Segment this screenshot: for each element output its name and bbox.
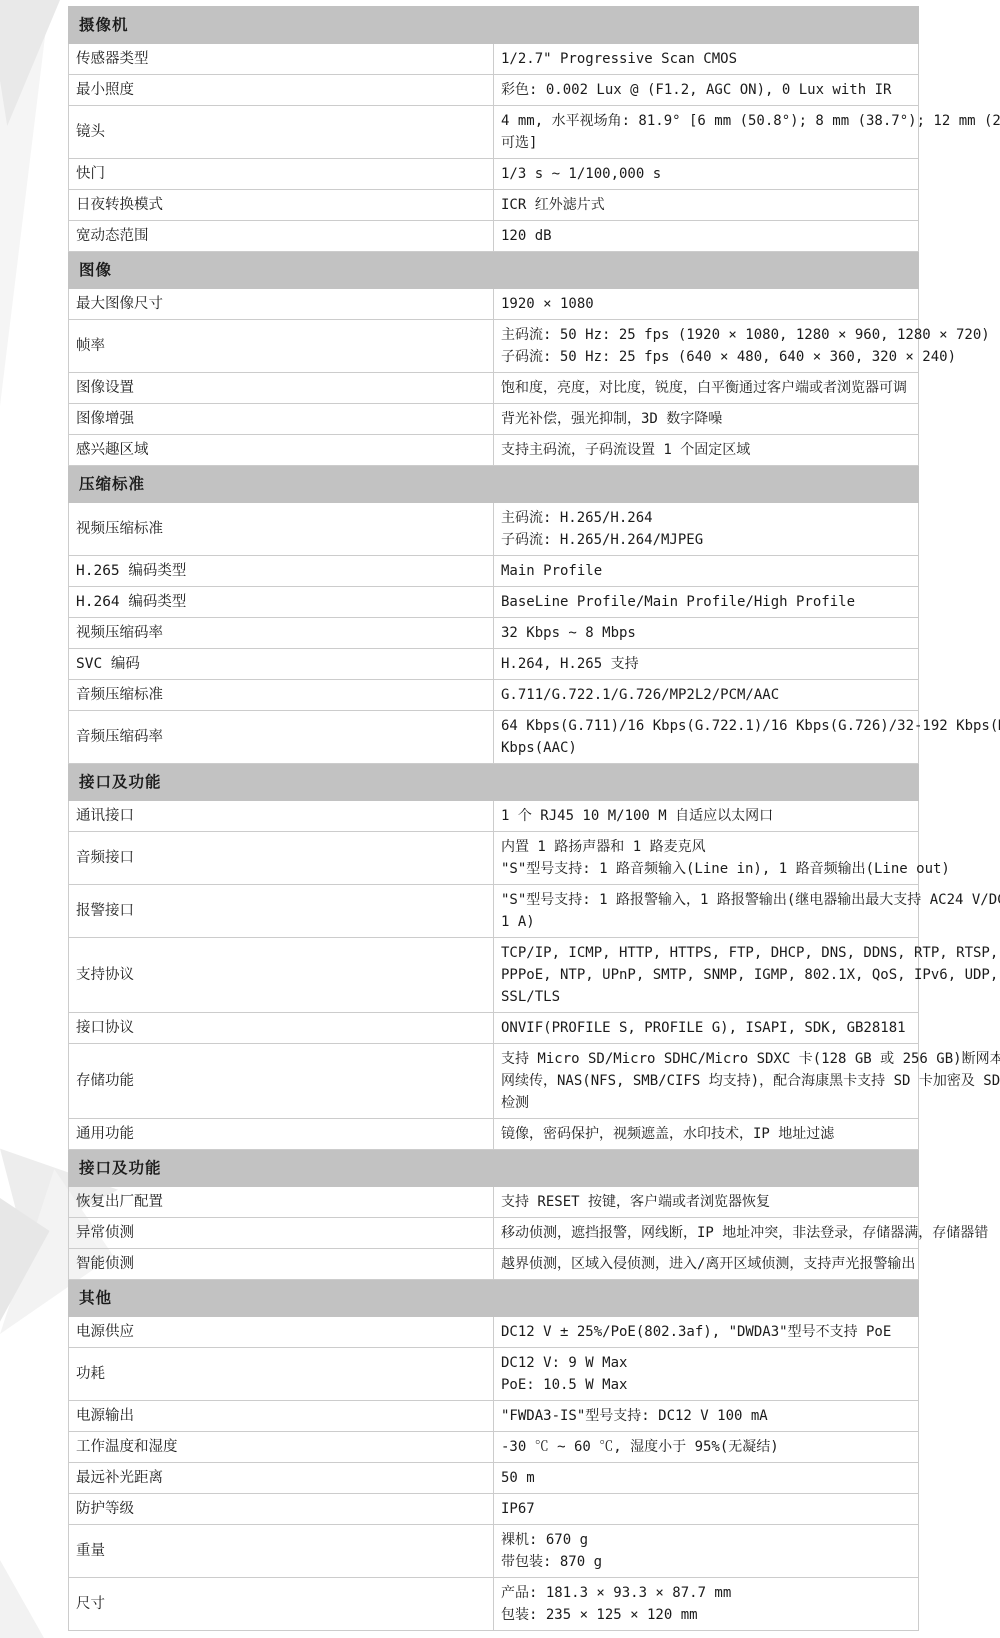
spec-value-cell: ICR 红外滤片式 — [494, 190, 919, 221]
spec-row: 智能侦测越界侦测，区域入侵侦测，进入/离开区域侦测，支持声光报警输出 — [69, 1249, 919, 1280]
spec-row: 报警接口"S"型号支持: 1 路报警输入，1 路报警输出(继电器输出最大支持 A… — [69, 885, 919, 938]
spec-value-cell: 饱和度，亮度，对比度，锐度，白平衡通过客户端或者浏览器可调 — [494, 373, 919, 404]
spec-value-cell: 越界侦测，区域入侵侦测，进入/离开区域侦测，支持声光报警输出 — [494, 1249, 919, 1280]
spec-label-cell: 图像增强 — [69, 404, 494, 435]
spec-row: 通讯接口1 个 RJ45 10 M/100 M 自适应以太网口 — [69, 801, 919, 832]
section-header-cell: 接口及功能 — [69, 764, 919, 801]
spec-value-cell: "S"型号支持: 1 路报警输入，1 路报警输出(继电器输出最大支持 AC24 … — [494, 885, 919, 938]
spec-row: 接口协议ONVIF(PROFILE S, PROFILE G), ISAPI, … — [69, 1013, 919, 1044]
spec-label-cell: 通用功能 — [69, 1119, 494, 1150]
spec-value-line: G.711/G.722.1/G.726/MP2L2/PCM/AAC — [494, 684, 918, 706]
spec-label-cell: 接口协议 — [69, 1013, 494, 1044]
section-header-cell: 图像 — [69, 252, 919, 289]
section-header-cell: 其他 — [69, 1280, 919, 1317]
spec-value-cell: 50 m — [494, 1463, 919, 1494]
spec-row: 音频压缩码率64 Kbps(G.711)/16 Kbps(G.722.1)/16… — [69, 711, 919, 764]
spec-label-cell: 传感器类型 — [69, 44, 494, 75]
spec-label: 帧率 — [76, 338, 105, 354]
spec-row: 镜头4 mm, 水平视场角: 81.9° [6 mm (50.8°); 8 mm… — [69, 106, 919, 159]
spec-value-line: 4 mm, 水平视场角: 81.9° [6 mm (50.8°); 8 mm (… — [494, 110, 918, 132]
spec-label-cell: 视频压缩标准 — [69, 503, 494, 556]
spec-row: 图像增强背光补偿，强光抑制，3D 数字降噪 — [69, 404, 919, 435]
spec-value-line: -30 ℃ ~ 60 ℃, 湿度小于 95%(无凝结) — [494, 1436, 918, 1458]
spec-row: 快门1/3 s ~ 1/100,000 s — [69, 159, 919, 190]
spec-value-line: 1/3 s ~ 1/100,000 s — [494, 163, 918, 185]
spec-value-line: SSL/TLS — [494, 986, 918, 1008]
spec-label: 音频压缩码率 — [76, 729, 163, 745]
spec-label: SVC 编码 — [76, 656, 140, 672]
spec-value-line: 50 m — [494, 1467, 918, 1489]
watermark-triangle-bottom — [0, 1560, 44, 1638]
spec-value-cell: 内置 1 路扬声器和 1 路麦克风"S"型号支持: 1 路音频输入(Line i… — [494, 832, 919, 885]
spec-label: 存储功能 — [76, 1073, 134, 1089]
spec-label-cell: 电源供应 — [69, 1317, 494, 1348]
spec-row: 恢复出厂配置支持 RESET 按键，客户端或者浏览器恢复 — [69, 1187, 919, 1218]
section-header-row: 接口及功能 — [69, 764, 919, 801]
spec-value-cell: 支持 Micro SD/Micro SDHC/Micro SDXC 卡(128 … — [494, 1044, 919, 1119]
spec-value-line: 子码流: H.265/H.264/MJPEG — [494, 529, 918, 551]
spec-value-line: 子码流: 50 Hz: 25 fps (640 × 480, 640 × 360… — [494, 346, 918, 368]
section-title: 摄像机 — [79, 16, 129, 34]
spec-value-line: 支持 Micro SD/Micro SDHC/Micro SDXC 卡(128 … — [494, 1048, 918, 1070]
spec-value-line: ONVIF(PROFILE S, PROFILE G), ISAPI, SDK,… — [494, 1017, 918, 1039]
spec-value-line: 检测 — [494, 1092, 918, 1114]
spec-value-cell: BaseLine Profile/Main Profile/High Profi… — [494, 587, 919, 618]
spec-row: 重量裸机: 670 g带包装: 870 g — [69, 1525, 919, 1578]
spec-label: 最远补光距离 — [76, 1470, 163, 1486]
spec-value-line: 可选] — [494, 132, 918, 154]
section-title: 其他 — [79, 1289, 112, 1307]
spec-row: 视频压缩标准主码流: H.265/H.264子码流: H.265/H.264/M… — [69, 503, 919, 556]
spec-value-line: "S"型号支持: 1 路音频输入(Line in), 1 路音频输出(Line … — [494, 858, 918, 880]
spec-label-cell: 通讯接口 — [69, 801, 494, 832]
spec-row: 图像设置饱和度，亮度，对比度，锐度，白平衡通过客户端或者浏览器可调 — [69, 373, 919, 404]
spec-label-cell: 智能侦测 — [69, 1249, 494, 1280]
spec-value-cell: "FWDA3-IS"型号支持: DC12 V 100 mA — [494, 1401, 919, 1432]
spec-value-cell: 1920 × 1080 — [494, 289, 919, 320]
spec-label-cell: 恢复出厂配置 — [69, 1187, 494, 1218]
spec-label: 音频压缩标准 — [76, 687, 163, 703]
spec-label-cell: 尺寸 — [69, 1578, 494, 1631]
spec-value-line: 镜像，密码保护，视频遮盖，水印技术，IP 地址过滤 — [494, 1123, 918, 1145]
spec-label: 图像设置 — [76, 380, 134, 396]
spec-value-cell: TCP/IP, ICMP, HTTP, HTTPS, FTP, DHCP, DN… — [494, 938, 919, 1013]
spec-value-cell: 32 Kbps ~ 8 Mbps — [494, 618, 919, 649]
spec-row: 尺寸产品: 181.3 × 93.3 × 87.7 mm包装: 235 × 12… — [69, 1578, 919, 1631]
spec-value-line: 主码流: 50 Hz: 25 fps (1920 × 1080, 1280 × … — [494, 324, 918, 346]
spec-value-cell: DC12 V ± 25%/PoE(802.3af), "DWDA3"型号不支持 … — [494, 1317, 919, 1348]
spec-value-line: PPPoE, NTP, UPnP, SMTP, SNMP, IGMP, 802.… — [494, 964, 918, 986]
spec-value-line: 1 A) — [494, 911, 918, 933]
spec-value-cell: IP67 — [494, 1494, 919, 1525]
spec-value-line: Main Profile — [494, 560, 918, 582]
spec-label: 传感器类型 — [76, 51, 149, 67]
spec-row: 最大图像尺寸1920 × 1080 — [69, 289, 919, 320]
spec-value-cell: Main Profile — [494, 556, 919, 587]
section-title: 接口及功能 — [79, 1159, 162, 1177]
spec-label: 报警接口 — [76, 903, 134, 919]
spec-row: 宽动态范围120 dB — [69, 221, 919, 252]
spec-row: 通用功能镜像，密码保护，视频遮盖，水印技术，IP 地址过滤 — [69, 1119, 919, 1150]
spec-label: 快门 — [76, 166, 105, 182]
spec-value-line: 内置 1 路扬声器和 1 路麦克风 — [494, 836, 918, 858]
spec-value-cell: G.711/G.722.1/G.726/MP2L2/PCM/AAC — [494, 680, 919, 711]
spec-label: 接口协议 — [76, 1020, 134, 1036]
spec-value-line: 1 个 RJ45 10 M/100 M 自适应以太网口 — [494, 805, 918, 827]
spec-label-cell: 感兴趣区域 — [69, 435, 494, 466]
spec-value-line: 主码流: H.265/H.264 — [494, 507, 918, 529]
spec-row: H.264 编码类型BaseLine Profile/Main Profile/… — [69, 587, 919, 618]
spec-value-cell: H.264, H.265 支持 — [494, 649, 919, 680]
spec-label: 视频压缩标准 — [76, 521, 163, 537]
spec-label: 宽动态范围 — [76, 228, 149, 244]
spec-value-line: 1/2.7" Progressive Scan CMOS — [494, 48, 918, 70]
spec-value-line: 饱和度，亮度，对比度，锐度，白平衡通过客户端或者浏览器可调 — [494, 377, 918, 399]
spec-label: 感兴趣区域 — [76, 442, 149, 458]
spec-label-cell: 镜头 — [69, 106, 494, 159]
spec-label: 视频压缩码率 — [76, 625, 163, 641]
spec-label: 重量 — [76, 1543, 105, 1559]
spec-label: 智能侦测 — [76, 1256, 134, 1272]
spec-row: 日夜转换模式ICR 红外滤片式 — [69, 190, 919, 221]
spec-value-line: "FWDA3-IS"型号支持: DC12 V 100 mA — [494, 1405, 918, 1427]
spec-value-line: 支持主码流，子码流设置 1 个固定区域 — [494, 439, 918, 461]
spec-label-cell: 工作温度和湿度 — [69, 1432, 494, 1463]
spec-label-cell: 最大图像尺寸 — [69, 289, 494, 320]
spec-value-line: BaseLine Profile/Main Profile/High Profi… — [494, 591, 918, 613]
spec-value-line: 移动侦测，遮挡报警，网线断，IP 地址冲突，非法登录，存储器满，存储器错 — [494, 1222, 918, 1244]
spec-value-line: DC12 V ± 25%/PoE(802.3af), "DWDA3"型号不支持 … — [494, 1321, 918, 1343]
spec-label-cell: 日夜转换模式 — [69, 190, 494, 221]
spec-label: H.264 编码类型 — [76, 594, 186, 610]
spec-label-cell: H.265 编码类型 — [69, 556, 494, 587]
spec-row: 功耗DC12 V: 9 W MaxPoE: 10.5 W Max — [69, 1348, 919, 1401]
spec-row: SVC 编码H.264, H.265 支持 — [69, 649, 919, 680]
spec-label-cell: 图像设置 — [69, 373, 494, 404]
spec-value-cell: 支持主码流，子码流设置 1 个固定区域 — [494, 435, 919, 466]
spec-label-cell: 防护等级 — [69, 1494, 494, 1525]
spec-value-line: 带包装: 870 g — [494, 1551, 918, 1573]
spec-row: 帧率主码流: 50 Hz: 25 fps (1920 × 1080, 1280 … — [69, 320, 919, 373]
spec-value-line: 背光补偿，强光抑制，3D 数字降噪 — [494, 408, 918, 430]
spec-label-cell: 存储功能 — [69, 1044, 494, 1119]
spec-label: 防护等级 — [76, 1501, 134, 1517]
section-title: 图像 — [79, 261, 112, 279]
spec-label-cell: 音频压缩标准 — [69, 680, 494, 711]
section-header-row: 图像 — [69, 252, 919, 289]
spec-label: 恢复出厂配置 — [76, 1194, 163, 1210]
spec-row: 最远补光距离50 m — [69, 1463, 919, 1494]
spec-label-cell: 最远补光距离 — [69, 1463, 494, 1494]
spec-label: 日夜转换模式 — [76, 197, 163, 213]
spec-value-cell: 1 个 RJ45 10 M/100 M 自适应以太网口 — [494, 801, 919, 832]
spec-value-cell: 彩色: 0.002 Lux @ (F1.2, AGC ON), 0 Lux wi… — [494, 75, 919, 106]
spec-value-cell: ONVIF(PROFILE S, PROFILE G), ISAPI, SDK,… — [494, 1013, 919, 1044]
spec-label: 镜头 — [76, 124, 105, 140]
spec-value-line: TCP/IP, ICMP, HTTP, HTTPS, FTP, DHCP, DN… — [494, 942, 918, 964]
spec-value-line: 支持 RESET 按键，客户端或者浏览器恢复 — [494, 1191, 918, 1213]
spec-row: 防护等级IP67 — [69, 1494, 919, 1525]
spec-value-line: PoE: 10.5 W Max — [494, 1374, 918, 1396]
spec-value-line: H.264, H.265 支持 — [494, 653, 918, 675]
spec-value-line: 产品: 181.3 × 93.3 × 87.7 mm — [494, 1582, 918, 1604]
spec-value-cell: 1/3 s ~ 1/100,000 s — [494, 159, 919, 190]
spec-label-cell: SVC 编码 — [69, 649, 494, 680]
spec-label: 尺寸 — [76, 1596, 105, 1612]
spec-value-cell: 主码流: H.265/H.264子码流: H.265/H.264/MJPEG — [494, 503, 919, 556]
spec-label-cell: 功耗 — [69, 1348, 494, 1401]
spec-label: 支持协议 — [76, 967, 134, 983]
spec-value-line: 64 Kbps(G.711)/16 Kbps(G.722.1)/16 Kbps(… — [494, 715, 918, 737]
spec-label: 工作温度和湿度 — [76, 1439, 178, 1455]
spec-value-line: Kbps(AAC) — [494, 737, 918, 759]
spec-label-cell: 视频压缩码率 — [69, 618, 494, 649]
section-header-row: 接口及功能 — [69, 1150, 919, 1187]
spec-label: 通用功能 — [76, 1126, 134, 1142]
spec-row: 工作温度和湿度-30 ℃ ~ 60 ℃, 湿度小于 95%(无凝结) — [69, 1432, 919, 1463]
spec-row: 传感器类型1/2.7" Progressive Scan CMOS — [69, 44, 919, 75]
spec-label: 异常侦测 — [76, 1225, 134, 1241]
spec-row: 存储功能支持 Micro SD/Micro SDHC/Micro SDXC 卡(… — [69, 1044, 919, 1119]
spec-row: 音频压缩标准G.711/G.722.1/G.726/MP2L2/PCM/AAC — [69, 680, 919, 711]
section-header-row: 压缩标准 — [69, 466, 919, 503]
spec-label-cell: 重量 — [69, 1525, 494, 1578]
spec-value-cell: 产品: 181.3 × 93.3 × 87.7 mm包装: 235 × 125 … — [494, 1578, 919, 1631]
spec-value-line: ICR 红外滤片式 — [494, 194, 918, 216]
spec-label-cell: 音频接口 — [69, 832, 494, 885]
watermark-triangle-streak — [0, 4, 48, 406]
section-title: 接口及功能 — [79, 773, 162, 791]
spec-value-line: 包装: 235 × 125 × 120 mm — [494, 1604, 918, 1626]
spec-value-cell: 1/2.7" Progressive Scan CMOS — [494, 44, 919, 75]
spec-value-cell: 120 dB — [494, 221, 919, 252]
spec-value-cell: DC12 V: 9 W MaxPoE: 10.5 W Max — [494, 1348, 919, 1401]
spec-value-cell: 背光补偿，强光抑制，3D 数字降噪 — [494, 404, 919, 435]
spec-label-cell: 音频压缩码率 — [69, 711, 494, 764]
spec-row: 支持协议TCP/IP, ICMP, HTTP, HTTPS, FTP, DHCP… — [69, 938, 919, 1013]
spec-label: H.265 编码类型 — [76, 563, 186, 579]
spec-label: 功耗 — [76, 1366, 105, 1382]
spec-value-cell: 主码流: 50 Hz: 25 fps (1920 × 1080, 1280 × … — [494, 320, 919, 373]
spec-value-cell: 支持 RESET 按键，客户端或者浏览器恢复 — [494, 1187, 919, 1218]
spec-label: 音频接口 — [76, 850, 134, 866]
spec-label: 最小照度 — [76, 82, 134, 98]
spec-value-cell: 裸机: 670 g带包装: 870 g — [494, 1525, 919, 1578]
spec-row: H.265 编码类型Main Profile — [69, 556, 919, 587]
spec-value-cell: 移动侦测，遮挡报警，网线断，IP 地址冲突，非法登录，存储器满，存储器错 — [494, 1218, 919, 1249]
spec-value-cell: -30 ℃ ~ 60 ℃, 湿度小于 95%(无凝结) — [494, 1432, 919, 1463]
spec-label-cell: 电源输出 — [69, 1401, 494, 1432]
spec-label: 最大图像尺寸 — [76, 296, 163, 312]
spec-label: 图像增强 — [76, 411, 134, 427]
spec-value-line: 越界侦测，区域入侵侦测，进入/离开区域侦测，支持声光报警输出 — [494, 1253, 918, 1275]
watermark-triangle-top — [0, 0, 60, 126]
spec-label-cell: H.264 编码类型 — [69, 587, 494, 618]
spec-value-cell: 镜像，密码保护，视频遮盖，水印技术，IP 地址过滤 — [494, 1119, 919, 1150]
spec-value-cell: 4 mm, 水平视场角: 81.9° [6 mm (50.8°); 8 mm (… — [494, 106, 919, 159]
spec-label-cell: 宽动态范围 — [69, 221, 494, 252]
section-header-cell: 接口及功能 — [69, 1150, 919, 1187]
spec-label: 通讯接口 — [76, 808, 134, 824]
spec-value-line: DC12 V: 9 W Max — [494, 1352, 918, 1374]
spec-table-body: 摄像机传感器类型1/2.7" Progressive Scan CMOS最小照度… — [69, 7, 919, 1631]
section-header-row: 摄像机 — [69, 7, 919, 44]
spec-value-line: 1920 × 1080 — [494, 293, 918, 315]
spec-row: 音频接口内置 1 路扬声器和 1 路麦克风"S"型号支持: 1 路音频输入(Li… — [69, 832, 919, 885]
spec-label-cell: 最小照度 — [69, 75, 494, 106]
spec-value-line: 裸机: 670 g — [494, 1529, 918, 1551]
spec-value-line: 彩色: 0.002 Lux @ (F1.2, AGC ON), 0 Lux wi… — [494, 79, 918, 101]
spec-label-cell: 异常侦测 — [69, 1218, 494, 1249]
spec-row: 视频压缩码率32 Kbps ~ 8 Mbps — [69, 618, 919, 649]
spec-label-cell: 帧率 — [69, 320, 494, 373]
spec-row: 电源输出"FWDA3-IS"型号支持: DC12 V 100 mA — [69, 1401, 919, 1432]
spec-value-line: 32 Kbps ~ 8 Mbps — [494, 622, 918, 644]
spec-value-cell: 64 Kbps(G.711)/16 Kbps(G.722.1)/16 Kbps(… — [494, 711, 919, 764]
spec-label-cell: 支持协议 — [69, 938, 494, 1013]
spec-label: 电源供应 — [76, 1324, 134, 1340]
section-header-cell: 摄像机 — [69, 7, 919, 44]
section-header-row: 其他 — [69, 1280, 919, 1317]
spec-row: 电源供应DC12 V ± 25%/PoE(802.3af), "DWDA3"型号… — [69, 1317, 919, 1348]
spec-value-line: 网续传，NAS(NFS, SMB/CIFS 均支持)，配合海康黑卡支持 SD 卡… — [494, 1070, 918, 1092]
spec-label-cell: 快门 — [69, 159, 494, 190]
spec-row: 异常侦测移动侦测，遮挡报警，网线断，IP 地址冲突，非法登录，存储器满，存储器错 — [69, 1218, 919, 1249]
spec-label-cell: 报警接口 — [69, 885, 494, 938]
spec-table: 摄像机传感器类型1/2.7" Progressive Scan CMOS最小照度… — [68, 6, 919, 1631]
spec-row: 最小照度彩色: 0.002 Lux @ (F1.2, AGC ON), 0 Lu… — [69, 75, 919, 106]
spec-row: 感兴趣区域支持主码流，子码流设置 1 个固定区域 — [69, 435, 919, 466]
section-title: 压缩标准 — [79, 475, 145, 493]
section-header-cell: 压缩标准 — [69, 466, 919, 503]
spec-value-line: "S"型号支持: 1 路报警输入，1 路报警输出(继电器输出最大支持 AC24 … — [494, 889, 918, 911]
spec-value-line: 120 dB — [494, 225, 918, 247]
spec-value-line: IP67 — [494, 1498, 918, 1520]
spec-label: 电源输出 — [76, 1408, 134, 1424]
